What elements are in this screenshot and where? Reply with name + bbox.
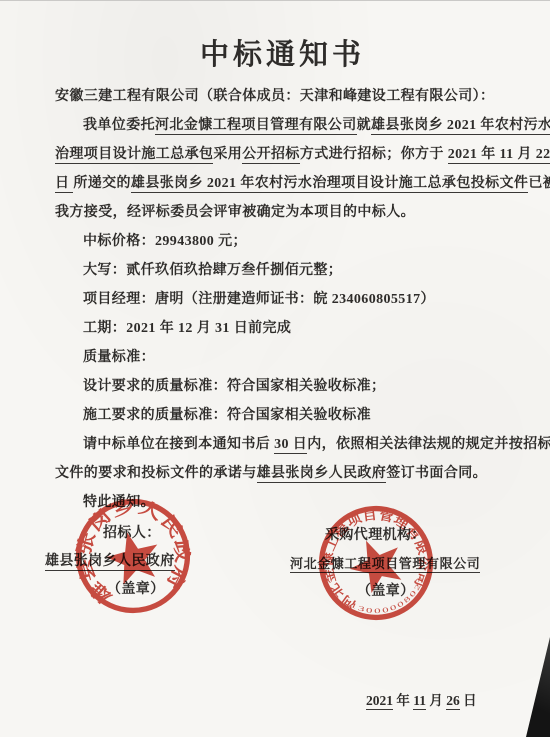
price-in-words-line: 大写：贰仟玖佰玖拾肆万叁仟捌佰元整；	[55, 256, 510, 285]
award-price-line: 中标价格：29943800 元；	[55, 227, 510, 256]
p1l2-bid-date: 2021 年 11 月 22	[448, 147, 550, 164]
p1l3-bid-file: 雄县张岗乡 2021 年农村污水治理项目设计施工总承包投标文件	[131, 176, 528, 193]
p1l3-date-cont: 日	[55, 176, 73, 193]
construction-quality-line: 施工要求的质量标准：符合国家相关验收标准	[55, 401, 510, 430]
p1l1-project-name: 雄县张岗乡 2021 年农村污水	[371, 118, 550, 135]
scan-corner-shadow	[526, 637, 550, 737]
p1l2-bid-method: 公开招标	[242, 147, 300, 164]
date-sep-year: 年	[393, 693, 413, 708]
p1l2-t1: 采用	[213, 147, 242, 162]
design-quality-line: 设计要求的质量标准：符合国家相关验收标准；	[55, 372, 510, 401]
date-day: 26	[446, 693, 460, 710]
date-month: 11	[413, 693, 426, 710]
duration-line: 工期：2021 年 12 月 31 日前完成	[55, 314, 510, 343]
p2l1-t2: 内，依照相关法律法规的规定并按招标	[307, 437, 550, 452]
paragraph1-line1: 我单位委托河北金慷工程项目管理有限公司就雄县张岗乡 2021 年农村污水	[55, 111, 510, 140]
seal-star-icon	[342, 530, 411, 597]
p1l3-t2: 已被	[528, 176, 550, 191]
date-year: 2021	[366, 693, 393, 710]
paragraph1-line4: 我方接受，经评标委员会评审被确定为本项目的中标人。	[55, 198, 510, 227]
quality-header-line: 质量标准：	[55, 343, 510, 372]
paragraph1-line3: 日 所递交的雄县张岗乡 2021 年农村污水治理项目设计施工总承包投标文件已被	[55, 169, 510, 198]
p1l1-t1: 我单位委托	[83, 118, 155, 133]
p1l1-agent-name: 河北金慷工程项目管理有限公司	[155, 118, 357, 135]
p1l2-project-cont: 治理项目设计施工总承包	[55, 147, 213, 164]
p2l1-t1: 请中标单位在接到本通知书后	[83, 437, 274, 452]
document-date: 2021 年 11 月 26 日	[366, 689, 477, 709]
document-title: 中标通知书	[55, 34, 510, 76]
p1l1-t2: 就	[357, 118, 371, 133]
date-sep-month: 月	[426, 693, 446, 708]
scanned-document-page: 中标通知书 安徽三建工程有限公司（联合体成员：天津和峰建设工程有限公司）： 我单…	[0, 0, 550, 737]
p1l2-t2: 方式进行招标；你方于	[300, 147, 448, 162]
paragraph2-line1: 请中标单位在接到本通知书后 30 日内，依照相关法律法规的规定并按招标	[55, 430, 510, 459]
project-manager-line: 项目经理：唐明（注册建造师证书：皖 234060805517）	[55, 285, 510, 314]
recipient-line: 安徽三建工程有限公司（联合体成员：天津和峰建设工程有限公司）：	[55, 82, 510, 111]
paragraph1-line2: 治理项目设计施工总承包采用公开招标方式进行招标；你方于 2021 年 11 月 …	[55, 140, 510, 169]
p2l1-deadline: 30 日	[274, 437, 307, 454]
p1l3-t1: 所递交的	[73, 176, 131, 191]
date-sep-day: 日	[460, 693, 477, 708]
seal-star-icon	[102, 526, 165, 587]
